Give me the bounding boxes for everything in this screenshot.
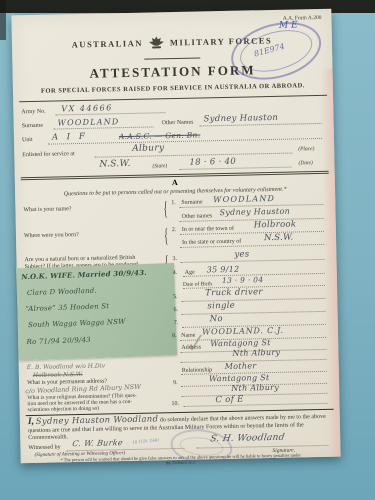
state-suffix: (State) [152, 163, 167, 169]
a4-dob-value: 13 · 9 · 04 [222, 275, 264, 285]
org-title-left: AUSTRALIAN [72, 38, 143, 49]
other-names-value: Sydney Hauston [203, 113, 278, 125]
a5-line [181, 298, 325, 302]
header-divider [144, 57, 200, 59]
army-no-value: VX 44666 [61, 103, 113, 113]
note-line3: “Alrose” 35 Hooden St [25, 302, 109, 313]
a8-name-value: WOODLAND. C.J. [202, 326, 284, 337]
other-names-label: Other Names [162, 120, 194, 127]
enlisted-at-label: Enlisted for service at [22, 151, 75, 158]
declaration-lead-in: I, [28, 416, 35, 427]
a1-surname-value: WOODLAND [213, 194, 275, 204]
scanned-document-photo: A.A. Form A.200 M E AUSTRALIANMILITARY F… [0, 0, 375, 500]
a4-number: 4. [173, 270, 178, 276]
a1-surname-label: Surname [181, 199, 202, 205]
a10-line [184, 403, 328, 407]
a4-age-value: 35 9/12 [207, 265, 240, 275]
q2-brace: { [164, 224, 169, 246]
place-suffix: (Place) [298, 146, 314, 152]
note-line1: N.O.K. WIFE. Married 30/9/43. [21, 268, 147, 281]
a9-line2-value: Nth Albury [231, 383, 279, 393]
next-of-kin-green-note: N.O.K. WIFE. Married 30/9/43. Clara D Wo… [16, 263, 177, 360]
date-suffix: (Date) [298, 160, 312, 166]
a5-number: 5. [173, 294, 178, 300]
a8-number: 8. [172, 333, 177, 339]
a10-number: 10. [171, 401, 179, 407]
a3-number: 3. [172, 256, 177, 262]
a9-line2 [181, 393, 327, 397]
q10-label-line3: scientious objection to doing so) [28, 406, 100, 413]
a8-address2-value: Nth Albury [232, 348, 280, 358]
a7-number: 7. [174, 320, 179, 326]
q1-label: What is your name? [23, 206, 71, 213]
margin-note-1: E. B. Woodland w/o H.Div [27, 363, 105, 372]
surname-value: WOODLAND [58, 117, 120, 127]
a6-line [182, 311, 326, 315]
witness-signature: C. W. Burke [72, 438, 124, 448]
a9-line1-value: Wantagong St [209, 373, 270, 383]
a5-value: Truck driver [205, 287, 263, 298]
header-rule [19, 95, 327, 102]
a6-value: single [207, 301, 235, 312]
army-no-label: Army No. [21, 109, 45, 116]
note-line5: Ro 71/94 20/9/43 [26, 336, 91, 346]
a1-other-value: Sydney Hauston [219, 207, 290, 217]
a2-state-label: In the state or country of [182, 239, 241, 246]
surname-label: Surname [22, 123, 43, 129]
note-line4: South Wagga Wagga NSW [28, 318, 126, 329]
q1-brace: { [163, 197, 168, 219]
margin-note-2: Holbrook N.S.W. [33, 371, 83, 379]
military-crest-icon [149, 36, 164, 51]
unit-label: Unit [22, 137, 33, 143]
a2-town-value: Holbrook [254, 219, 297, 230]
a7-value: No [210, 314, 223, 324]
date-stamp: 18 JUN 1940 [132, 438, 159, 445]
a8-address1-value: Wantagong St [210, 338, 271, 348]
a2-state-value: N.S.W. [264, 233, 294, 244]
a10-value: C of E [215, 395, 243, 406]
form-subtitle: FOR SPECIAL FORCES RAISED FOR SERVICE IN… [13, 82, 333, 96]
a3-line [181, 259, 325, 263]
state-value: N.S.W. [99, 159, 130, 170]
q2-label: Where were you born? [24, 232, 79, 239]
bottom-stamp-inner-ring [179, 435, 225, 458]
attestation-form-paper: A.A. Form A.200 M E AUSTRALIANMILITARY F… [11, 9, 340, 464]
note-line2: Clara D Woodland. [27, 287, 97, 297]
a8-relationship-value: Mother [225, 361, 257, 371]
a9-number: 9. [173, 380, 178, 386]
a2-town-label: In or near the town of [182, 226, 234, 233]
photo-left-edge [0, 0, 6, 40]
place-value: Albury [132, 143, 164, 154]
a1-number: 1. [171, 200, 176, 206]
unit-value: A I F [52, 132, 88, 143]
date-value: 18 · 6 · 40 [189, 157, 236, 168]
a2-number: 2. [172, 227, 177, 233]
a1-other-label: Other names [182, 213, 213, 220]
unit-struck-value: A.A.S.C. — Gen. Bn. [119, 130, 201, 141]
a6-number: 6. [173, 307, 178, 313]
witnessed-by-label: Witnessed by [28, 444, 60, 451]
a3-value: yes [234, 249, 249, 259]
